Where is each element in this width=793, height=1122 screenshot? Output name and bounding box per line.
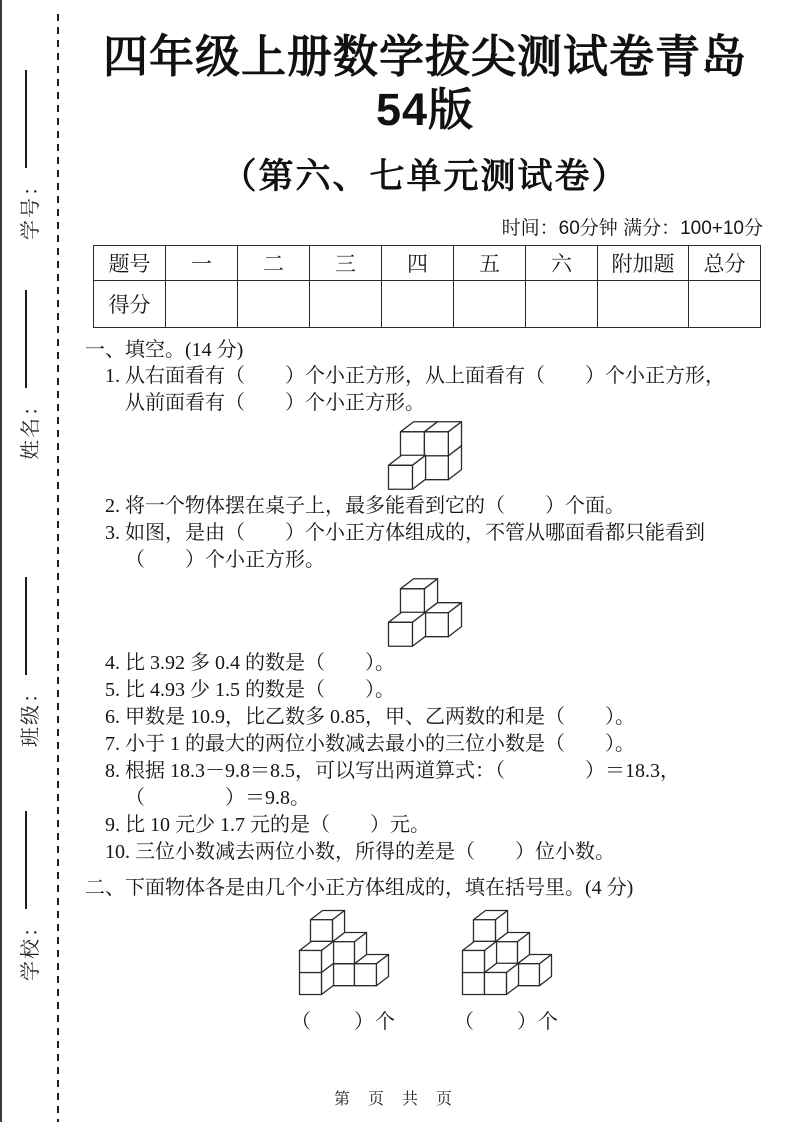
- count-caption-left: （ ）个: [291, 1005, 396, 1034]
- score-cell: [454, 281, 526, 328]
- cube-figure-3: [298, 909, 390, 996]
- name-label: 姓名：: [14, 394, 43, 460]
- class-label: 班级：: [14, 681, 43, 747]
- page-subtitle: （第六、七单元测试卷）: [85, 149, 765, 199]
- question-line: 2. 将一个物体摆在桌子上，最多能看到它的（ ）个面。: [85, 493, 765, 520]
- col-header-bonus: 附加题: [598, 246, 689, 281]
- question-line: 从前面看有（ ）个小正方形。: [85, 390, 765, 417]
- name-blank-line: [25, 290, 27, 388]
- score-table-corner: 题号: [94, 246, 166, 281]
- cube-figure-2-wrap: [85, 577, 765, 648]
- score-cell: [310, 281, 382, 328]
- section-1-title: 一、填空。(14 分): [85, 337, 765, 363]
- margin-field-student-id: 学号：: [13, 70, 43, 240]
- dashed-fold-line: [57, 14, 59, 1122]
- col-header-4: 四: [382, 246, 454, 281]
- student-id-blank-line: [25, 70, 27, 168]
- col-header-6: 六: [526, 246, 598, 281]
- page-title: 四年级上册数学拔尖测试卷青岛54版: [85, 30, 765, 136]
- col-header-1: 一: [166, 246, 238, 281]
- col-header-2: 二: [238, 246, 310, 281]
- col-header-total: 总分: [689, 246, 761, 281]
- count-caption-right: （ ）个: [454, 1005, 559, 1034]
- cube-figure-3-block: （ ）个: [291, 909, 396, 1034]
- section-2-figures: （ ）个 （ ）个: [85, 909, 765, 1034]
- question-line: （ ）＝9.8。: [85, 785, 765, 812]
- question-line: 1. 从右面看有（ ）个小正方形，从上面看有（ ）个小正方形，: [85, 363, 765, 390]
- page-edge-line: [0, 0, 2, 1122]
- score-table: 题号 一 二 三 四 五 六 附加题 总分 得分: [93, 245, 761, 328]
- question-line: （ ）个小正方形。: [85, 547, 765, 574]
- score-cell: [382, 281, 454, 328]
- score-cell: [689, 281, 761, 328]
- page-footer: 第 页 共 页: [0, 1086, 793, 1109]
- question-line: 6. 甲数是 10.9，比乙数多 0.85，甲、乙两数的和是（ ）。: [85, 704, 765, 731]
- col-header-3: 三: [310, 246, 382, 281]
- school-label: 学校：: [14, 915, 43, 981]
- cube-figure-2: [387, 577, 463, 648]
- score-cell: [598, 281, 689, 328]
- score-cell: [526, 281, 598, 328]
- question-line: 9. 比 10 元少 1.7 元的是（ ）元。: [85, 812, 765, 839]
- exam-meta: 时间：60分钟 满分：100+10分: [85, 213, 765, 240]
- question-line: 5. 比 4.93 少 1.5 的数是（ ）。: [85, 677, 765, 704]
- margin-field-name: 姓名：: [13, 290, 43, 460]
- school-blank-line: [25, 811, 27, 909]
- margin-field-class: 班级：: [13, 577, 43, 747]
- cube-figure-4: [461, 909, 553, 996]
- col-header-5: 五: [454, 246, 526, 281]
- score-row: 得分: [94, 281, 761, 328]
- question-line: 7. 小于 1 的最大的两位小数减去最小的三位小数是（ ）。: [85, 731, 765, 758]
- question-line: 8. 根据 18.3－9.8＝8.5，可以写出两道算式：（ ）＝18.3，: [85, 758, 765, 785]
- class-blank-line: [25, 577, 27, 675]
- question-line: 10. 三位小数减去两位小数，所得的差是（ ）位小数。: [85, 839, 765, 866]
- score-row-label: 得分: [94, 281, 166, 328]
- cube-figure-4-block: （ ）个: [454, 909, 559, 1034]
- exam-paper: 四年级上册数学拔尖测试卷青岛54版 （第六、七单元测试卷） 时间：60分钟 满分…: [85, 0, 765, 1034]
- student-id-label: 学号：: [14, 174, 43, 240]
- score-cell: [166, 281, 238, 328]
- cube-figure-1-wrap: [85, 420, 765, 491]
- score-table-header-row: 题号 一 二 三 四 五 六 附加题 总分: [94, 246, 761, 281]
- question-line: 3. 如图，是由（ ）个小正方体组成的，不管从哪面看都只能看到: [85, 520, 765, 547]
- margin-field-school: 学校：: [13, 811, 43, 981]
- section-2-title: 二、下面物体各是由几个小正方体组成的，填在括号里。(4 分): [85, 875, 765, 901]
- question-line: 4. 比 3.92 多 0.4 的数是（ ）。: [85, 650, 765, 677]
- score-cell: [238, 281, 310, 328]
- cube-figure-1: [387, 420, 463, 491]
